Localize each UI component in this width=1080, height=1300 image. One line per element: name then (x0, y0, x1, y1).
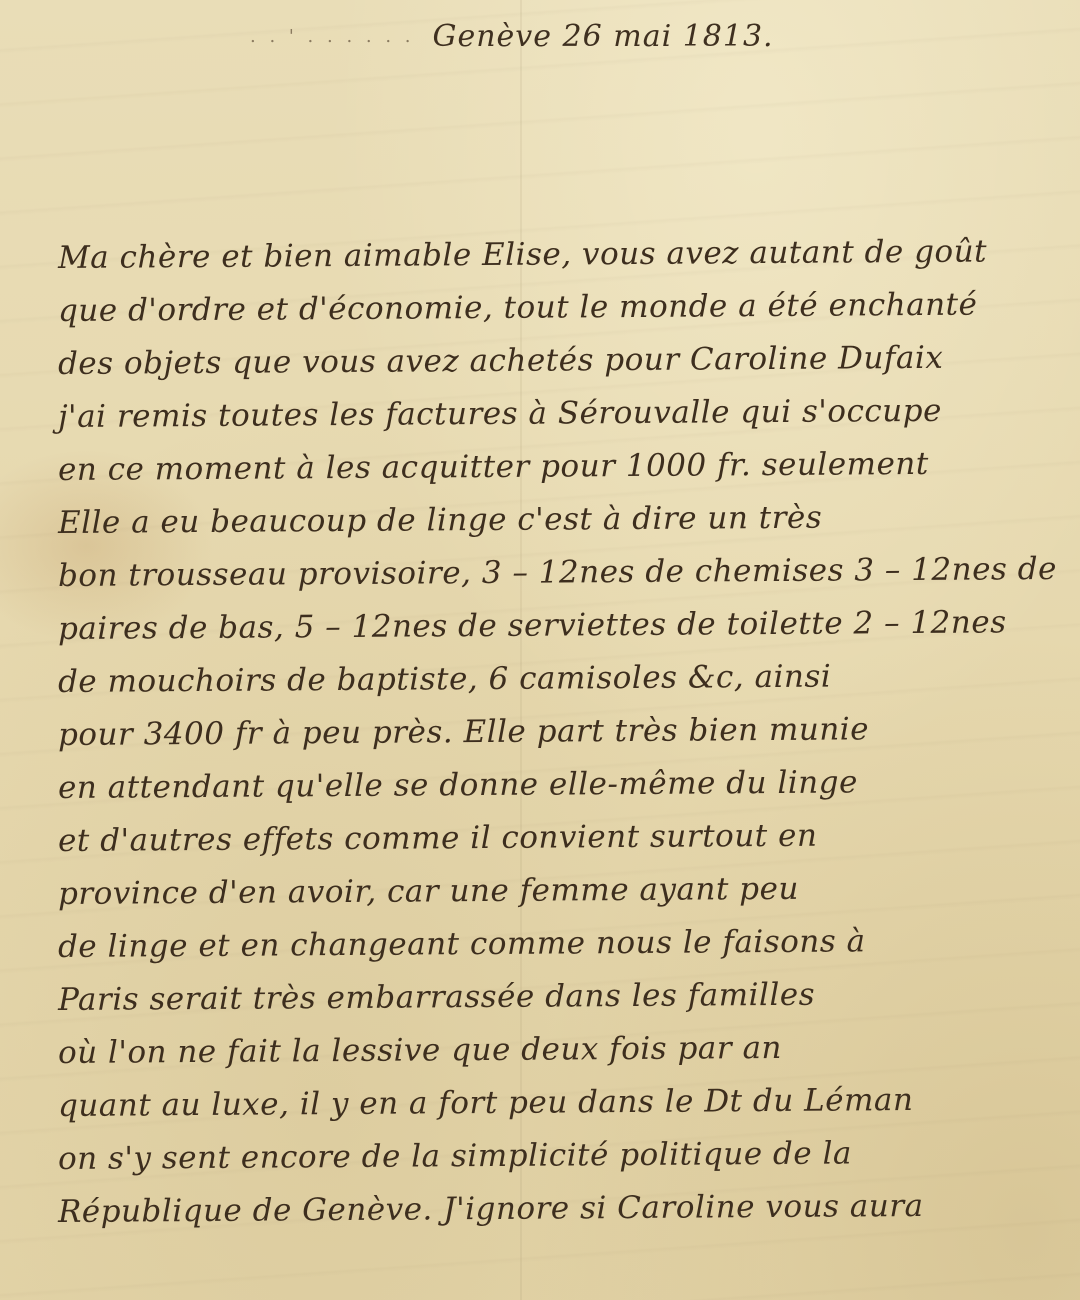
letter-line: de mouchoirs de baptiste, 6 camisoles &c… (58, 649, 1058, 709)
letter-line: de linge et en changeant comme nous le f… (58, 914, 1058, 974)
letter-line: pour 3400 fr à peu près. Elle part très … (58, 702, 1058, 762)
letter-line: où l'on ne fait la lessive que deux fois… (58, 1020, 1058, 1080)
letter-line: bon trousseau provisoire, 3 – 12nes de c… (58, 543, 1058, 603)
letter-line: que d'ordre et d'économie, tout le monde… (58, 278, 1058, 338)
leading-marks: . . ' . . . . . . (250, 26, 415, 47)
letter-header: . . ' . . . . . . Genève 26 mai 1813. (250, 14, 870, 58)
letter-line: j'ai remis toutes les factures à Sérouva… (58, 384, 1058, 444)
letter-line: paires de bas, 5 – 12nes de serviettes d… (58, 596, 1058, 656)
letter-line: Elle a eu beaucoup de linge c'est à dire… (58, 490, 1058, 550)
letter-line: province d'en avoir, car une femme ayant… (58, 861, 1058, 921)
letter-line: Paris serait très embarrassée dans les f… (58, 967, 1058, 1027)
letter-line: en ce moment à les acquitter pour 1000 f… (58, 437, 1058, 497)
letter-line: en attendant qu'elle se donne elle-même … (58, 755, 1058, 815)
letter-line: République de Genève. J'ignore si Caroli… (58, 1179, 1058, 1239)
letter-line: des objets que vous avez achetés pour Ca… (58, 331, 1058, 391)
letter-line: quant au luxe, il y en a fort peu dans l… (58, 1073, 1058, 1133)
letter-line: Ma chère et bien aimable Elise, vous ave… (58, 225, 1058, 285)
letter-line: on s'y sent encore de la simplicité poli… (58, 1126, 1058, 1186)
place-and-date: Genève 26 mai 1813. (433, 19, 774, 54)
letter-body: Ma chère et bien aimable Elise, vous ave… (58, 232, 1058, 1239)
letter-line: et d'autres effets comme il convient sur… (58, 808, 1058, 868)
